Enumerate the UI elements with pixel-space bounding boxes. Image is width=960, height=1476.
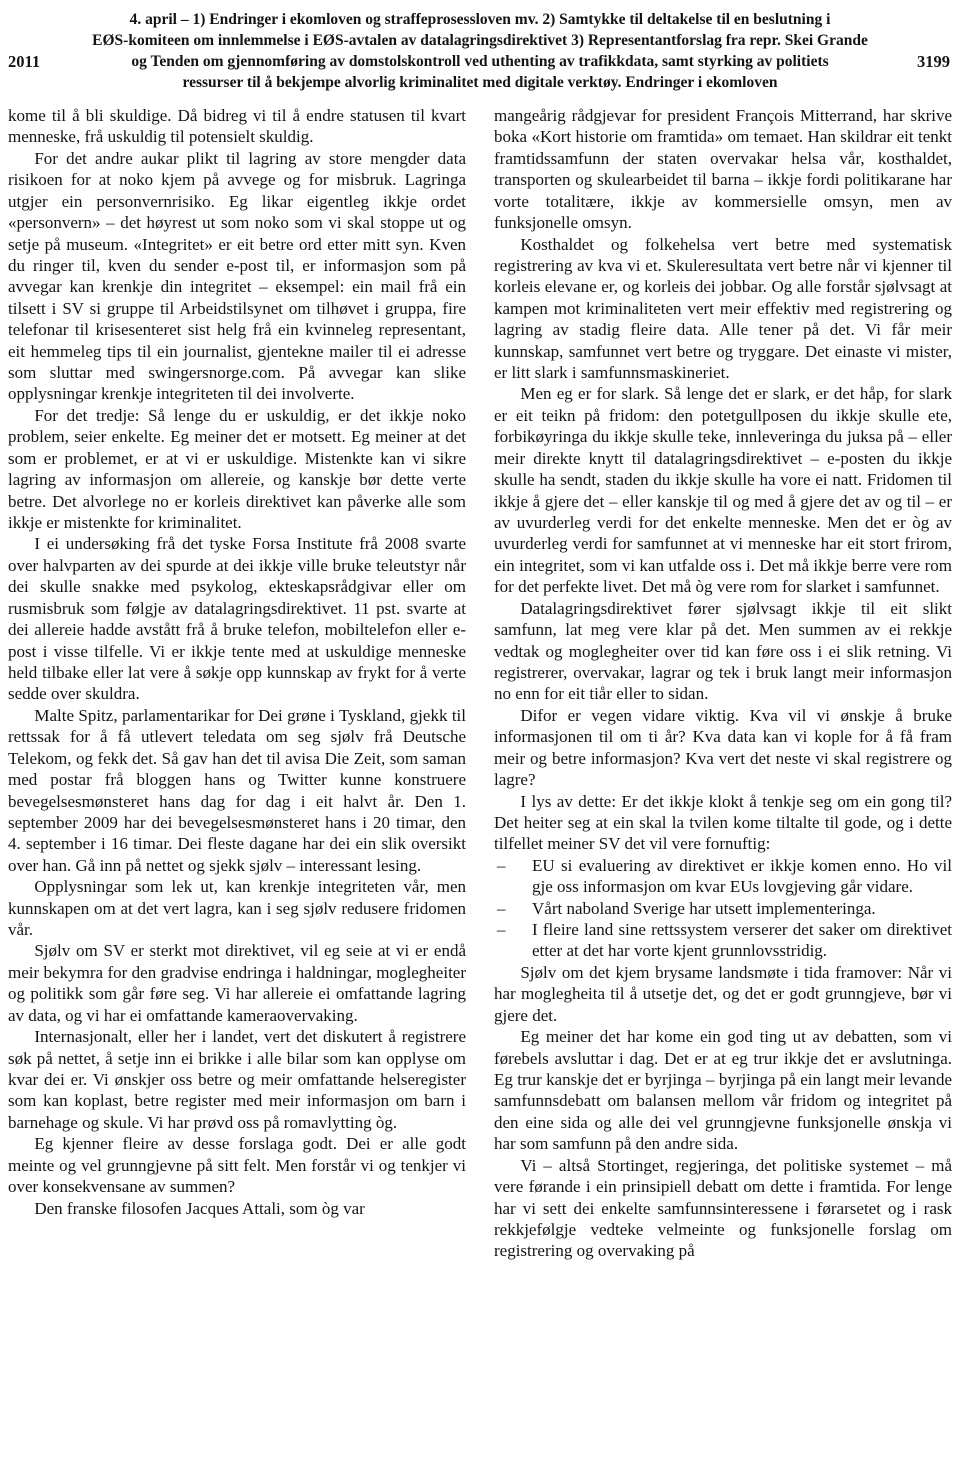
running-header-line: og Tenden om gjennomføring av domstolsko… (56, 51, 904, 72)
bullet-dash-icon: – (494, 855, 532, 898)
paragraph: mangeårig rådgjevar for president Franço… (494, 105, 952, 234)
right-column: mangeårig rådgjevar for president Franço… (494, 105, 952, 1262)
edition-year: 2011 (8, 51, 40, 72)
page-number: 3199 (917, 51, 950, 72)
running-header-line: EØS-komiteen om innlemmelse i EØS-avtale… (56, 30, 904, 51)
bullet-item: –I fleire land sine rettssystem verserer… (494, 919, 952, 962)
running-header-line: 4. april – 1) Endringer i ekomloven og s… (56, 9, 904, 30)
bullet-item: –Vårt naboland Sverige har utsett implem… (494, 898, 952, 919)
paragraph: I ei undersøking frå det tyske Forsa Ins… (8, 533, 466, 704)
bullet-dash-icon: – (494, 919, 532, 962)
paragraph: Vi – altså Stortinget, regjeringa, det p… (494, 1155, 952, 1262)
paragraph: Kosthaldet og folkehelsa vert betre med … (494, 234, 952, 384)
paragraph: I lys av dette: Er det ikkje klokt å ten… (494, 791, 952, 855)
left-column: kome til å bli skuldige. Då bidreg vi ti… (8, 105, 466, 1262)
paragraph: Difor er vegen vidare viktig. Kva vil vi… (494, 705, 952, 791)
paragraph: Datalagringsdirektivet fører sjølvsagt i… (494, 598, 952, 705)
paragraph: Opplysningar som lek ut, kan krenkje int… (8, 876, 466, 940)
document-page: 2011 3199 4. april – 1) Endringer i ekom… (0, 0, 960, 1476)
bullet-text: EU si evaluering av direktivet er ikkje … (532, 855, 952, 898)
paragraph: Sjølv om det kjem brysame landsmøte i ti… (494, 962, 952, 1026)
paragraph: Malte Spitz, parlamentarikar for Dei grø… (8, 705, 466, 876)
paragraph: Den franske filosofen Jacques Attali, so… (8, 1198, 466, 1219)
paragraph: Internasjonalt, eller her i landet, vert… (8, 1026, 466, 1133)
running-header: 4. april – 1) Endringer i ekomloven og s… (56, 0, 904, 93)
paragraph: For det tredje: Så lenge du er uskuldig,… (8, 405, 466, 534)
running-header-line: ressurser til å bekjempe alvorlig krimin… (56, 72, 904, 93)
paragraph: Eg meiner det har kome ein god ting ut a… (494, 1026, 952, 1155)
paragraph: Men eg er for slark. Så lenge det er sla… (494, 383, 952, 597)
paragraph: For det andre aukar plikt til lagring av… (8, 148, 466, 405)
bullet-text: Vårt naboland Sverige har utsett impleme… (532, 898, 952, 919)
bullet-dash-icon: – (494, 898, 532, 919)
paragraph: Eg kjenner fleire av desse forslaga godt… (8, 1133, 466, 1197)
paragraph: Sjølv om SV er sterkt mot direktivet, vi… (8, 940, 466, 1026)
text-columns: kome til å bli skuldige. Då bidreg vi ti… (0, 105, 960, 1262)
paragraph: kome til å bli skuldige. Då bidreg vi ti… (8, 105, 466, 148)
bullet-item: –EU si evaluering av direktivet er ikkje… (494, 855, 952, 898)
bullet-text: I fleire land sine rettssystem verserer … (532, 919, 952, 962)
